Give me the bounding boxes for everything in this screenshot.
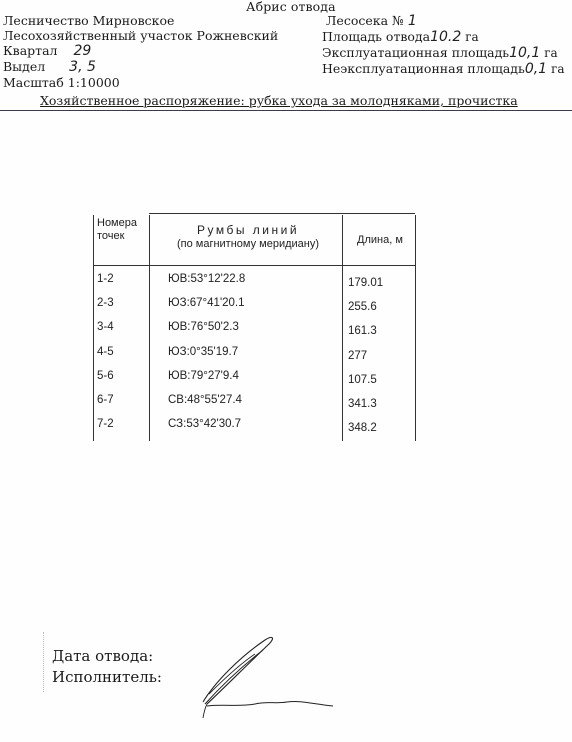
cell-points: 5-6 [97,370,114,382]
scale-row: Масштаб 1:10000 [3,75,278,90]
cell-length: 277 [348,350,367,362]
cell-length: 255.6 [348,301,377,313]
table-row: 7-2СЗ:53°42'30.7348.2 [93,418,415,442]
table-header-border [93,265,415,266]
cell-length: 179.01 [348,277,383,289]
forestry: Лесничество Мирновское [3,13,278,28]
allotment-value: 3, 5 [69,59,96,75]
table-row: 1-2ЮВ:53°12'22.8179.01 [93,273,415,297]
non-operational-area-label: Неэксплуатационная площадь [322,61,525,76]
area-info: Лесосека № 1 Площадь отвода10.2 га Экспл… [322,13,565,77]
header-points: Номера точек [97,217,137,243]
cell-points: 7-2 [97,418,114,430]
header-points-line2: точек [97,230,137,243]
header-bearings-line2: (по магнитному меридиану) [153,237,343,251]
table-row: 2-3ЮЗ:67°41'20.1255.6 [93,297,415,321]
location-info: Лесничество Мирновское Лесохозяйственный… [3,13,278,90]
quarter-value: 29 [73,43,91,59]
quarter-row: Квартал 29 [3,43,278,59]
cell-bearing: ЮВ:79°27'9.4 [168,370,239,382]
signature-icon [195,632,335,732]
non-operational-area-unit: га [551,62,564,76]
cell-bearing: ЮЗ:67°41'20.1 [168,297,245,309]
cell-bearing: СЗ:53°42'30.7 [168,418,241,430]
non-operational-area-row: Неэксплуатационная площадь0,1 га [322,61,565,77]
allocated-area-unit: га [465,30,478,44]
cell-points: 2-3 [97,297,114,309]
table-row: 4-5ЮЗ:0°35'19.7277 [93,346,415,370]
cell-bearing: ЮЗ:0°35'19.7 [168,346,238,358]
allotment-label: Выдел [3,59,45,74]
cell-points: 6-7 [97,394,114,406]
header-bearings: Румбы линий (по магнитному меридиану) [153,223,343,251]
header-points-line1: Номера [97,217,137,230]
header-bearings-line1: Румбы линий [153,223,343,237]
non-operational-area-value: 0,1 [525,61,547,77]
table-body: 1-2ЮВ:53°12'22.8179.012-3ЮЗ:67°41'20.125… [93,273,415,442]
allocated-area-value: 10.2 [430,29,461,45]
header-length: Длина, м [345,234,415,246]
table-border-right [415,215,416,441]
quarter-label: Квартал [3,43,57,58]
operational-area-value: 10,1 [509,45,540,61]
operational-area-unit: га [544,46,557,60]
management-order: Хозяйственное распоряжение: рубка ухода … [40,93,518,108]
table-row: 3-4ЮВ:76°50'2.3161.3 [93,321,415,345]
scale-value: 1:10000 [68,75,120,90]
allotment-row: Выдел 3, 5 [3,59,278,75]
cell-bearing: СВ:48°55'27.4 [168,394,242,406]
cell-length: 341.3 [348,398,377,410]
table-row: 5-6ЮВ:79°27'9.4107.5 [93,370,415,394]
cell-points: 4-5 [97,346,114,358]
cell-bearing: ЮВ:76°50'2.3 [168,321,239,333]
cutting-area-label: Лесосека № [326,13,404,28]
allocated-area-row: Площадь отвода10.2 га [322,29,565,45]
cutting-area-value: 1 [408,13,417,29]
scanned-document-page: Абрис отвода Лесничество Мирновское Лесо… [0,0,572,742]
operational-area-row: Эксплуатационная площадь10,1 га [322,45,565,61]
table-top-border [149,213,415,214]
cell-length: 161.3 [348,325,377,337]
cell-points: 3-4 [97,321,114,333]
operational-area-label: Эксплуатационная площадь [322,45,509,60]
cell-length: 348.2 [348,422,377,434]
date-label: Дата отвода: [52,646,162,667]
signature-block: Дата отвода: Исполнитель: [52,646,162,688]
header-divider [0,110,572,111]
forest-section: Лесохозяйственный участок Рожневский [3,28,278,43]
cell-points: 1-2 [97,273,114,285]
document-title: Абрис отвода [246,0,336,14]
cutting-area-row: Лесосека № 1 [322,13,565,29]
allocated-area-label: Площадь отвода [322,29,430,44]
scale-label: Масштаб [3,75,64,90]
executor-label: Исполнитель: [52,667,162,688]
cell-length: 107.5 [348,374,377,386]
cell-bearing: ЮВ:53°12'22.8 [168,273,245,285]
margin-mark [43,632,44,692]
table-row: 6-7СВ:48°55'27.4341.3 [93,394,415,418]
